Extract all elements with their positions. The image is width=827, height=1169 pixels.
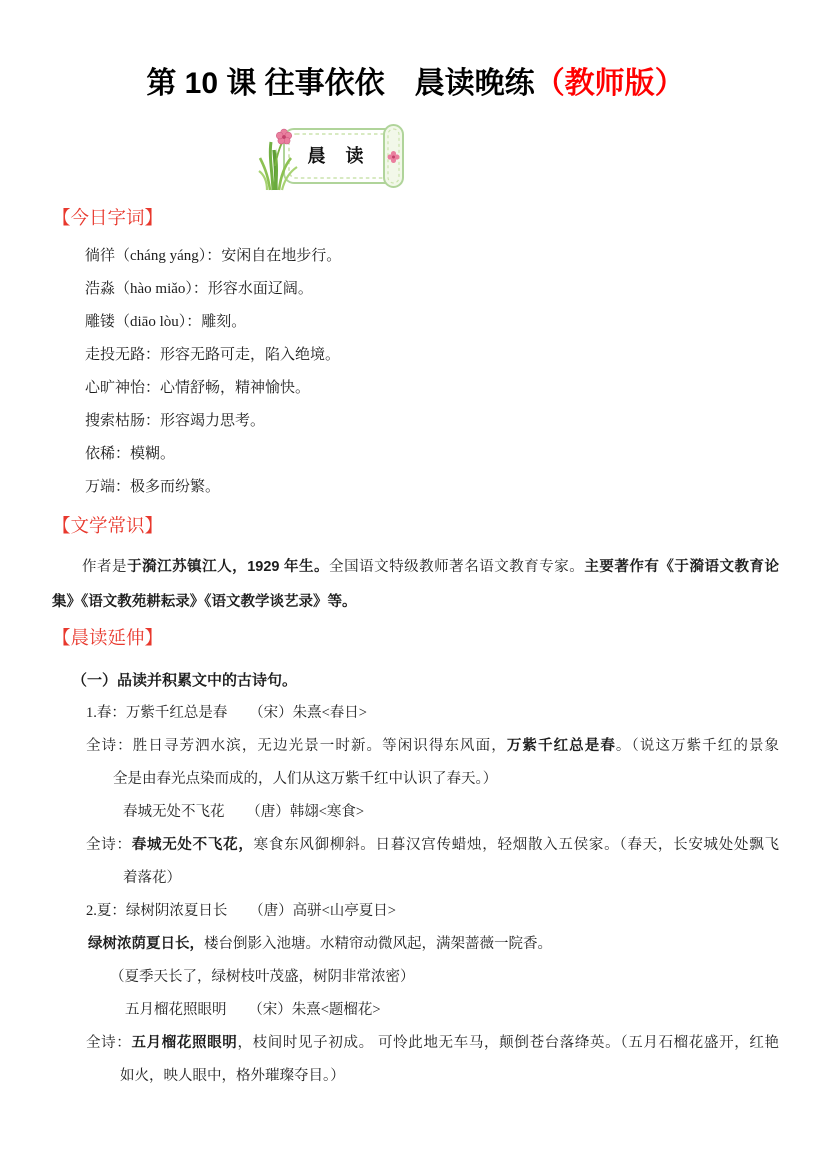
poem-full-line: 绿树浓荫夏日长，楼台倒影入池塘。水精帘动微风起，满架蔷薇一院香。 — [88, 928, 779, 961]
literature-text-bold: 于漪江苏镇江人，1929 年生。 — [127, 559, 329, 575]
poem-head-line: 1.春：万紫千红总是春 （宋）朱熹<春日> — [86, 697, 779, 730]
poem-text-bold: 万紫千红总是春 — [507, 738, 616, 754]
poem-text: 全诗：胜日寻芳泗水滨，无边光景一时新。等闲识得东风面， — [86, 738, 507, 754]
poem-text: 全诗： — [86, 1035, 131, 1051]
word-item: 徜徉（cháng yáng）：安闲自在地步行。 — [85, 240, 779, 273]
literature-text: 全国语文特级教师著名语文教育专家。 — [329, 559, 584, 575]
poem-text-bold: 春城无处不飞花， — [132, 837, 254, 853]
poem-text-bold: 绿树浓荫夏日长， — [88, 936, 204, 952]
section-heading-extension: 【晨读延伸】 — [52, 626, 779, 652]
word-item: 走投无路：形容无路可走，陷入绝境。 — [85, 339, 779, 372]
literature-paragraph-line: 集》《语文教苑耕耘录》《语文教学谈艺录》等。 — [52, 585, 779, 620]
word-item: 浩淼（hào miǎo）：形容水面辽阔。 — [85, 273, 779, 306]
poem-full-line: 全诗：春城无处不飞花，寒食东风御柳斜。日暮汉宫传蜡烛，轻烟散入五侯家。（春天，长… — [86, 829, 779, 862]
word-item: 万端：极多而纷繁。 — [85, 471, 779, 504]
literature-text-bold: 主要著作有《于漪语文教育论 — [584, 559, 779, 575]
poem-text: ，枝间时见子初成。 可怜此地无车马，颠倒苍台落绛英。（五月石榴花盛开，红艳 — [237, 1035, 779, 1051]
word-list: 徜徉（cháng yáng）：安闲自在地步行。 浩淼（hào miǎo）：形容水… — [52, 240, 779, 504]
word-item: 依稀：模糊。 — [85, 438, 779, 471]
poem-text: 全诗： — [86, 837, 132, 853]
banner-label: 晨 读 — [288, 141, 384, 171]
poem-note-line: （夏季天长了，绿树枝叶茂盛，树阴非常浓密） — [110, 961, 779, 994]
teacher-version-tag: （教师版） — [535, 67, 685, 100]
poem-text-bold: 五月榴花照眼明 — [131, 1035, 237, 1051]
word-item: 雕镂（diāo lòu）：雕刻。 — [85, 306, 779, 339]
poem-full-line: 全诗：五月榴花照眼明，枝间时见子初成。 可怜此地无车马，颠倒苍台落绛英。（五月石… — [86, 1027, 779, 1060]
section-heading-literature: 【文学常识】 — [52, 514, 779, 540]
poem-head-line: 五月榴花照眼明 （宋）朱熹<题榴花> — [125, 994, 779, 1027]
poem-text: 。（说这万紫千红的景象 — [616, 738, 779, 754]
document-page: 第 10 课 往事依依 晨读晚练（教师版） — [0, 0, 827, 1169]
literature-paragraph-line: 作者是于漪江苏镇江人，1929 年生。全国语文特级教师著名语文教育专家。主要著作… — [82, 550, 779, 585]
poem-text: 寒食东风御柳斜。日暮汉宫传蜡烛，轻烟散入五侯家。（春天，长安城处处飘飞 — [254, 837, 779, 853]
poem-text: 楼台倒影入池塘。水精帘动微风起，满架蔷薇一院香。 — [204, 936, 552, 952]
poem-full-line: 全诗：胜日寻芳泗水滨，无边光景一时新。等闲识得东风面，万紫千红总是春。（说这万紫… — [86, 730, 779, 763]
section-heading-words: 【今日字词】 — [52, 206, 779, 232]
poem-continuation-line: 着落花） — [123, 862, 779, 895]
literature-text: 作者是 — [82, 559, 127, 575]
extension-subheading: （一）品读并积累文中的古诗句。 — [72, 664, 779, 697]
poem-head-line: 春城无处不飞花 （唐）韩翃<寒食> — [123, 796, 779, 829]
poem-continuation-line: 全是由春光点染而成的，人们从这万紫千红中认识了春天。） — [113, 763, 779, 796]
word-item: 心旷神怡：心情舒畅，精神愉快。 — [85, 372, 779, 405]
morning-reading-banner: 晨 读 — [258, 124, 428, 196]
page-title-main: 第 10 课 往事依依 晨读晚练 — [146, 67, 534, 100]
poem-head-line: 2.夏：绿树阴浓夏日长 （唐）高骈<山亭夏日> — [86, 895, 779, 928]
page-title: 第 10 课 往事依依 晨读晚练（教师版） — [52, 0, 779, 104]
word-item: 搜索枯肠：形容竭力思考。 — [85, 405, 779, 438]
poem-continuation-line: 如火，映人眼中，格外璀璨夺目。） — [120, 1060, 779, 1093]
